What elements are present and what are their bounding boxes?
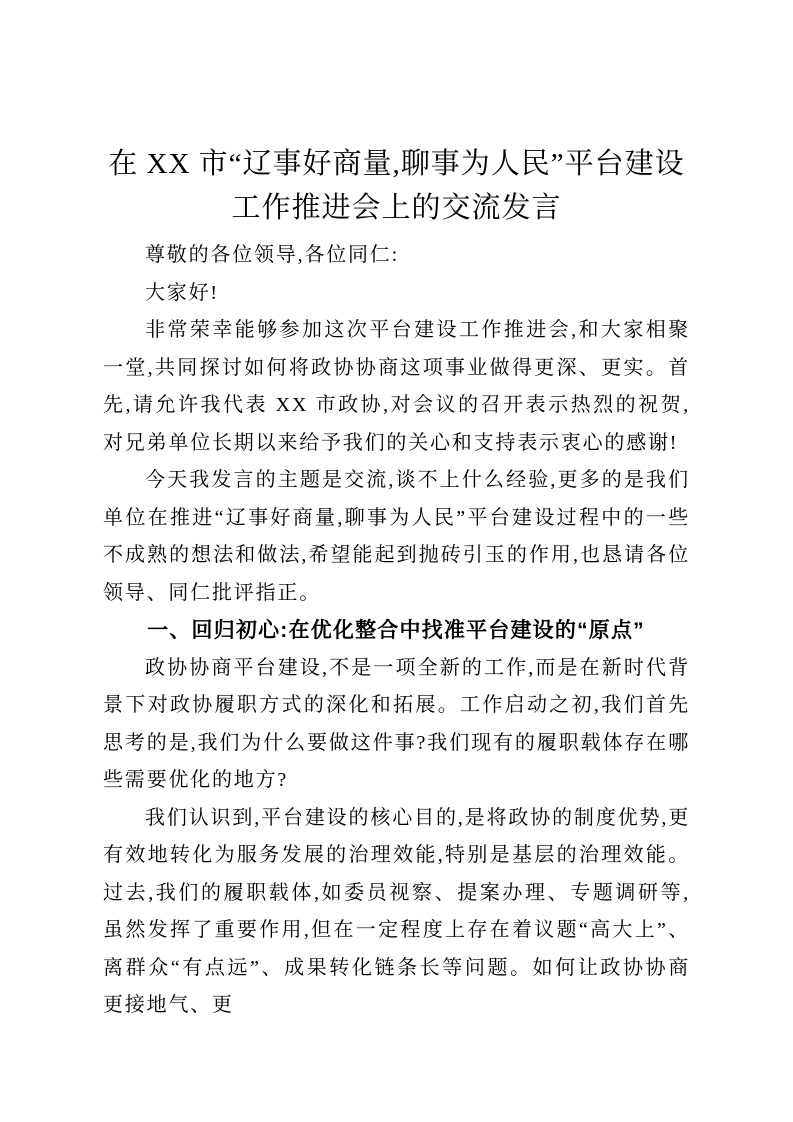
salutation-line: 尊敬的各位领导,各位同仁:	[103, 237, 690, 275]
document-body: 尊敬的各位领导,各位同仁: 大家好! 非常荣幸能够参加这次平台建设工作推进会,和…	[103, 237, 690, 1025]
document-page: 在 XX 市“辽事好商量,聊事为人民”平台建设 工作推进会上的交流发言 尊敬的各…	[0, 0, 793, 1122]
intro-paragraph: 非常荣幸能够参加这次平台建设工作推进会,和大家相聚一堂,共同探讨如何将政协协商这…	[103, 312, 690, 462]
greeting-line: 大家好!	[103, 275, 690, 313]
document-content: 在 XX 市“辽事好商量,聊事为人民”平台建设 工作推进会上的交流发言 尊敬的各…	[103, 142, 690, 1025]
section-1-paragraph-2: 我们认识到,平台建设的核心目的,是将政协的制度优势,更有效地转化为服务发展的治理…	[103, 800, 690, 1025]
section-1-heading: 一、回归初心:在优化整合中找准平台建设的“原点”	[103, 612, 690, 650]
document-title-line-1: 在 XX 市“辽事好商量,聊事为人民”平台建设	[103, 142, 690, 186]
document-title: 在 XX 市“辽事好商量,聊事为人民”平台建设 工作推进会上的交流发言	[103, 142, 690, 230]
topic-paragraph: 今天我发言的主题是交流,谈不上什么经验,更多的是我们单位在推进“辽事好商量,聊事…	[103, 462, 690, 612]
document-title-line-2: 工作推进会上的交流发言	[103, 186, 690, 230]
section-1-paragraph-1: 政协协商平台建设,不是一项全新的工作,而是在新时代背景下对政协履职方式的深化和拓…	[103, 650, 690, 800]
